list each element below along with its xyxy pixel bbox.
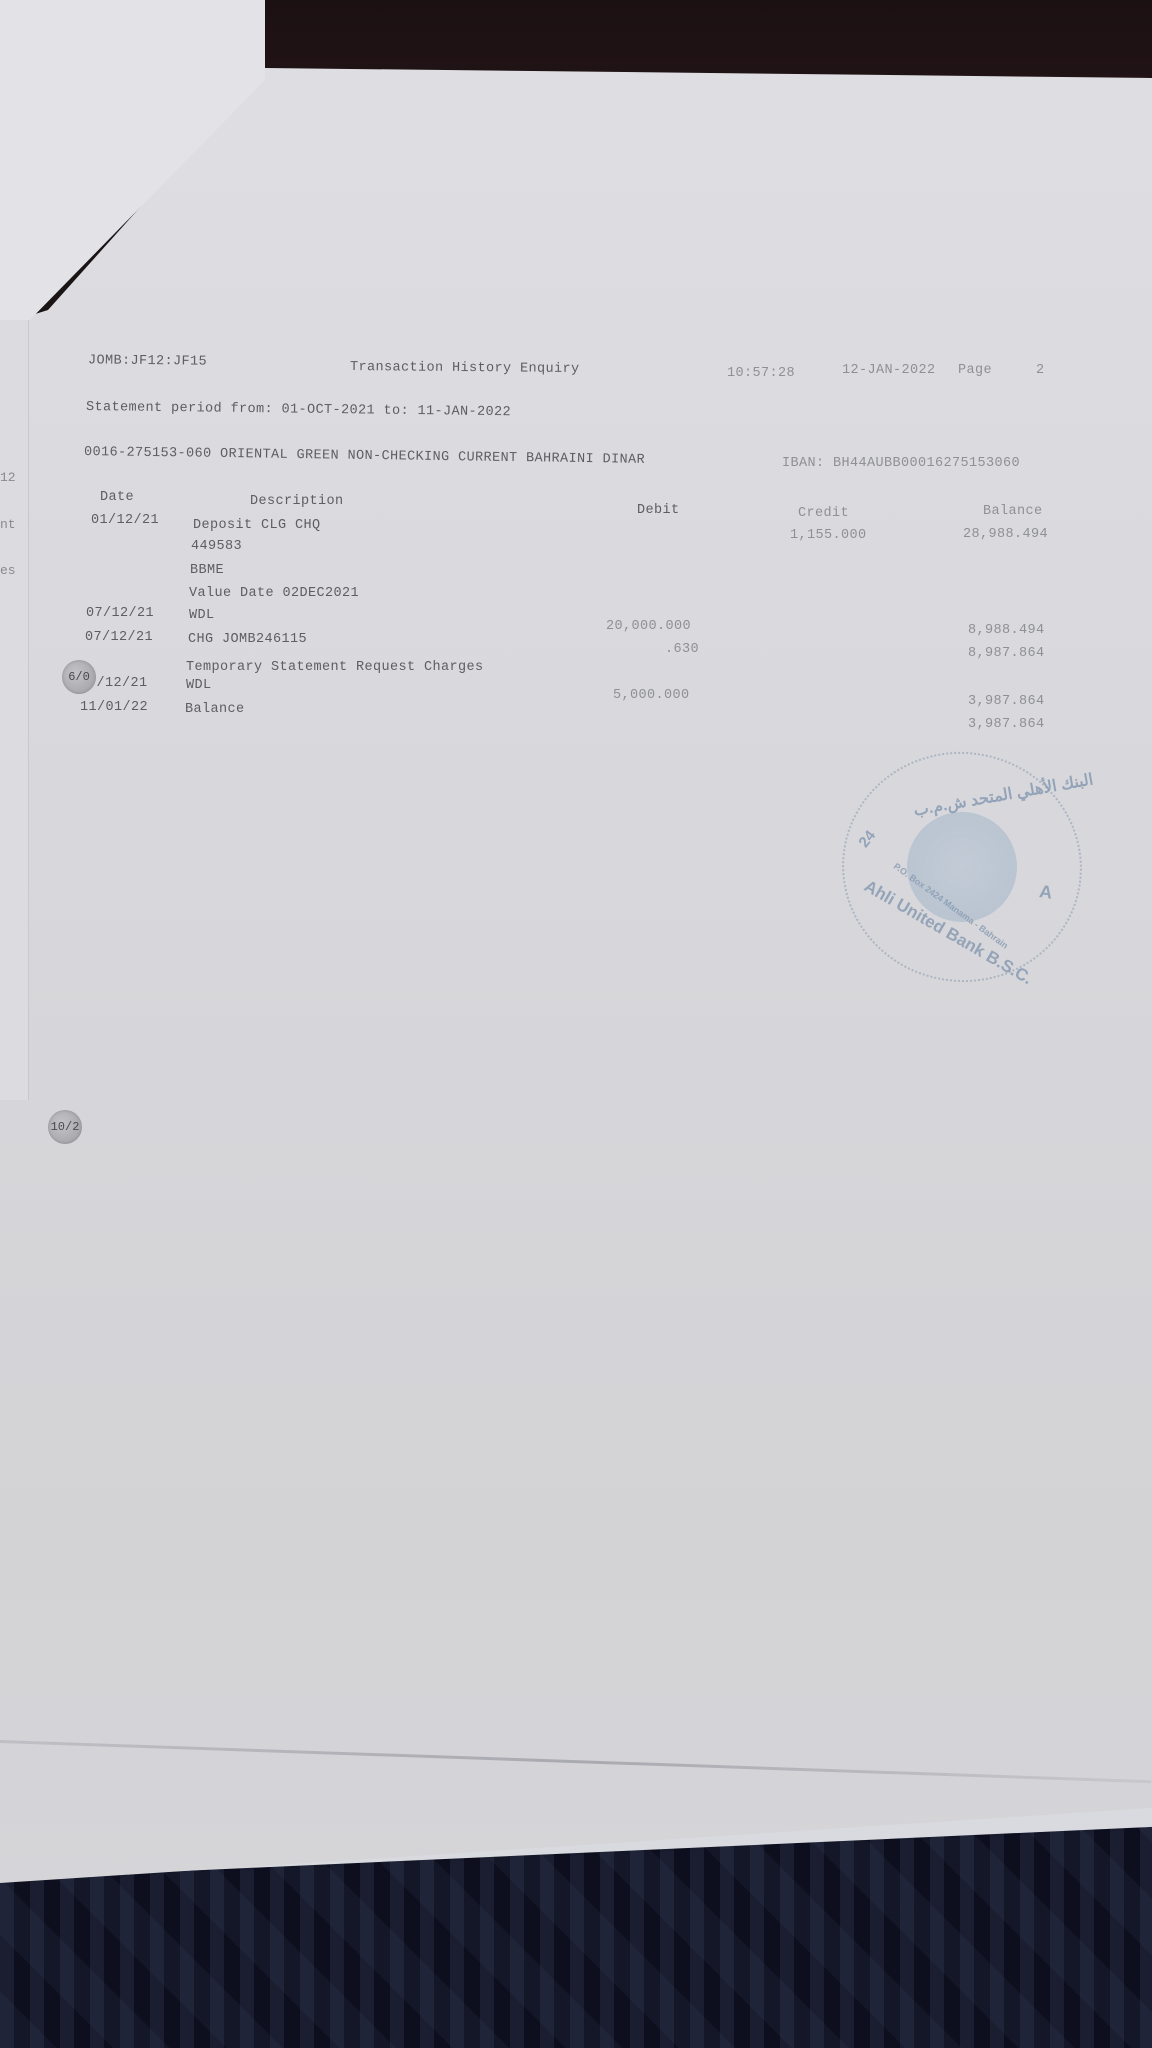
header-credit: Credit: [798, 506, 849, 521]
row-3-date: 07/12/21: [85, 630, 153, 645]
header-balance: Balance: [983, 504, 1043, 519]
header-debit: Debit: [637, 503, 680, 518]
row-3-debit: .630: [665, 642, 699, 657]
system-code: JOMB:JF12:JF15: [88, 353, 207, 369]
row-2-description: WDL: [189, 608, 215, 623]
row-3-balance: 8,987.864: [968, 646, 1045, 661]
row-1-date: 01/12/21: [91, 513, 159, 528]
document-title: Transaction History Enquiry: [350, 360, 580, 377]
iban: IBAN: BH44AUBB00016275153060: [782, 456, 1020, 471]
row-5-date: 11/01/22: [80, 700, 148, 715]
punch-hole: 6/0: [62, 660, 96, 694]
row-1-description: BBME: [190, 563, 224, 578]
row-3-description: Temporary Statement Request Charges: [186, 660, 484, 675]
row-2-date: 07/12/21: [86, 606, 154, 621]
row-3-description: CHG JOMB246115: [188, 632, 307, 647]
left-sheet-text: 12: [0, 470, 16, 485]
bank-stamp: البنك الأهلي المتحد ش.م.ب 24 A P.O. Box …: [827, 736, 1097, 997]
row-1-description: 449583: [191, 539, 242, 554]
header-date: Date: [100, 490, 134, 505]
row-4-description: WDL: [186, 678, 212, 693]
report-date: 12-JAN-2022: [842, 363, 936, 378]
row-2-debit: 20,000.000: [606, 619, 691, 634]
row-1-credit: 1,155.000: [790, 528, 867, 543]
row-4-balance: 3,987.864: [968, 694, 1045, 709]
header-description: Description: [250, 494, 344, 509]
row-4-debit: 5,000.000: [613, 688, 690, 703]
left-sheet-text: es: [0, 563, 16, 578]
row-1-description: Value Date 02DEC2021: [189, 586, 359, 601]
statement-page: [0, 0, 1152, 2048]
row-5-description: Balance: [185, 702, 245, 717]
left-sheet-edge: [0, 320, 29, 1100]
row-5-balance: 3,987.864: [968, 717, 1045, 732]
row-2-balance: 8,988.494: [968, 623, 1045, 638]
row-1-balance: 28,988.494: [963, 527, 1048, 542]
row-1-description: Deposit CLG CHQ: [193, 518, 321, 533]
punch-hole: 10/2: [48, 1110, 82, 1144]
page-number: 2: [1036, 363, 1045, 378]
report-time: 10:57:28: [727, 366, 795, 381]
left-sheet-text: nt: [0, 517, 16, 532]
page-label: Page: [958, 363, 992, 378]
row-4-date: ?/12/21: [88, 676, 148, 691]
